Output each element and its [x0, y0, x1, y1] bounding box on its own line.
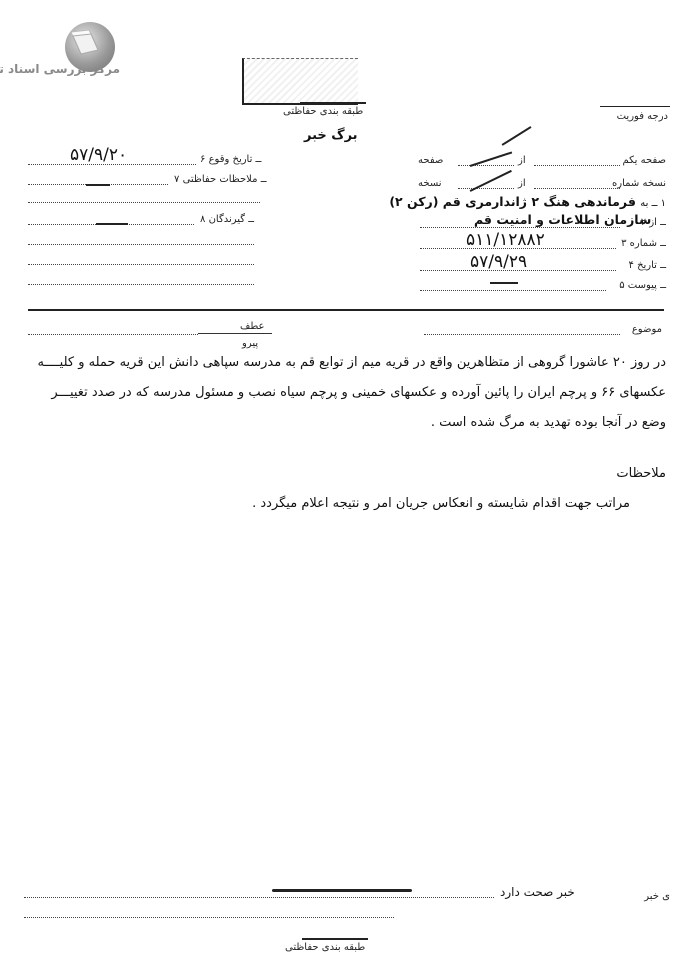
- footer-news-label: ی خبر: [644, 891, 670, 902]
- archive-org-name: مرکز بررسی اسناد تاریخی: [10, 62, 120, 76]
- subject-label: موضوع: [632, 324, 662, 335]
- signature-scribble: [272, 889, 412, 892]
- reference-label: عطف: [240, 321, 265, 332]
- copy-of-label: از: [518, 178, 526, 189]
- date-value: ۵۷/۹/۲۹: [470, 252, 527, 272]
- event-date-value: ۵۷/۹/۲۰: [70, 145, 127, 165]
- recipients-label: ۸ ــ گیرندگان: [200, 214, 254, 225]
- footer-classification-label: طبقه بندی حفاظتی: [285, 942, 365, 953]
- page-total-field: [458, 165, 514, 166]
- pen-mark: [490, 282, 518, 284]
- from-value: سازمان اطلاعات و امنیت قم: [474, 212, 651, 227]
- recipients-field-2: [28, 244, 254, 245]
- to-value: فرماندهی هنگ ۲ ژاندارمری قم (رکن ۲): [389, 194, 636, 209]
- security-notes-field-2: [28, 202, 260, 203]
- page-label: صفحه یکم: [622, 155, 666, 166]
- document-pages-icon: [67, 28, 103, 62]
- attachment-label: ۵ ــ پیوست: [619, 280, 666, 291]
- attachment-field: [420, 290, 606, 291]
- page-suffix-label: صفحه: [418, 155, 443, 166]
- recipients-field-3: [28, 264, 254, 265]
- copy-total-field: [458, 188, 514, 189]
- report-body: در روز ۲۰ عاشورا گروهی از متظاهرین واقع …: [16, 348, 666, 438]
- classification-stamp: [242, 58, 358, 105]
- pen-mark: [502, 126, 532, 145]
- pen-mark: [96, 223, 128, 225]
- body-line-3: وضع در آنجا بوده تهدید به مرگ شده است .: [16, 408, 666, 438]
- footer-field-1: [24, 897, 494, 898]
- body-line-2: عکسهای ۶۶ و پرچم ایران را پائین آورده و …: [16, 378, 666, 408]
- to-label: ۱ ــ به: [640, 198, 666, 209]
- event-date-label: ۶ ــ تاریخ وقوع: [200, 154, 261, 165]
- urgency-rule: [600, 106, 670, 107]
- form-title: برگ خبر: [304, 128, 358, 143]
- urgency-label: درجه فوریت: [617, 111, 668, 122]
- section-divider: [28, 309, 664, 311]
- copy-suffix-label: نسخه: [418, 178, 442, 189]
- security-notes-label: ۷ ــ ملاحظات حفاظتی: [174, 174, 267, 185]
- subject-field: [424, 334, 620, 335]
- recipients-field-4: [28, 284, 254, 285]
- pen-mark: [86, 184, 110, 186]
- reference-field: [28, 334, 198, 335]
- body-line-1: در روز ۲۰ عاشورا گروهی از متظاهرین واقع …: [16, 348, 666, 378]
- to-row: ۱ ــ به فرماندهی هنگ ۲ ژاندارمری قم (رکن…: [389, 194, 666, 209]
- from-field: [420, 227, 620, 228]
- top-classification-label: طبقه بندی حفاظتی: [283, 106, 363, 117]
- number-value: ۵۱۱/۱۲۸۸۲: [466, 230, 545, 250]
- remarks-text: مراتب جهت اقدام شایسته و انعکاس جریان ام…: [252, 496, 630, 511]
- remarks-heading: ملاحظات: [616, 466, 666, 481]
- footer-field-2: [24, 917, 394, 918]
- footer-news-value: خبر صحت دارد: [500, 885, 575, 899]
- copy-field: [534, 188, 620, 189]
- stamp-rule: [300, 102, 366, 104]
- page-field: [534, 165, 620, 166]
- footer-rule: [302, 938, 368, 940]
- date-label: ۴ ــ تاریخ: [629, 260, 667, 271]
- copy-label: نسخه شماره: [612, 178, 666, 189]
- page-of-label: از: [518, 155, 526, 166]
- number-label: ۳ ــ شماره: [621, 238, 666, 249]
- reference-rule: [198, 333, 272, 334]
